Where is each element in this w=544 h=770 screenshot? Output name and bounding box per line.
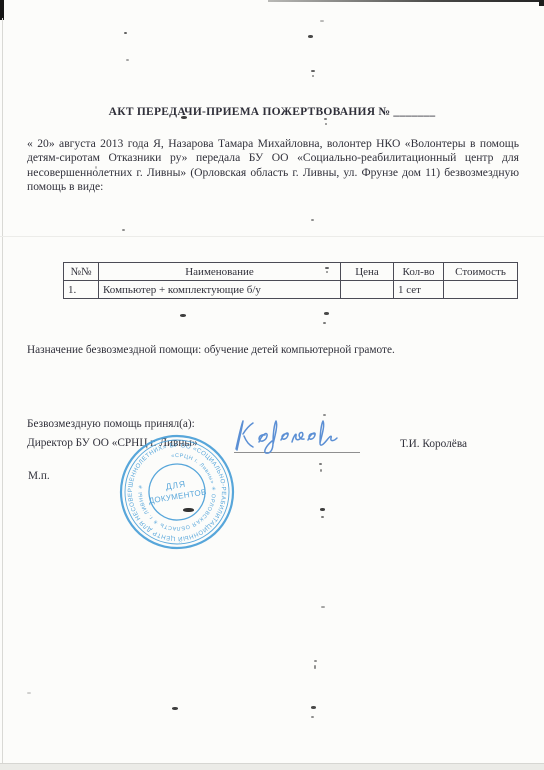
scan-speck [320, 20, 324, 22]
organization-stamp: БУ ОО «СОЦИАЛЬНО-РЕАБИЛИТАЦИОННЫЙ ЦЕНТР … [107, 422, 247, 562]
stamp-center-line2: ДОКУМЕНТОВ [148, 487, 207, 505]
table-cell-cost [444, 281, 518, 299]
scan-edge-left-line [2, 18, 3, 770]
table-row: 1. Компьютер + комплектующие б/у 1 сет [64, 281, 518, 299]
scan-edge-left-mark [0, 0, 4, 20]
table-header-price: Цена [341, 263, 394, 281]
scan-speck [311, 219, 314, 221]
signer-name: Т.И. Королёва [400, 438, 467, 450]
scan-speck [126, 59, 129, 61]
scan-edge-top [268, 0, 544, 2]
scanned-document-page: АКТ ПЕРЕДАЧИ-ПРИЕМА ПОЖЕРТВОВАНИЯ № ____… [0, 0, 544, 770]
scan-speck [311, 70, 315, 72]
scan-speck [320, 508, 325, 511]
scan-speck [325, 123, 327, 125]
scan-speck [27, 692, 31, 694]
table-header-number: №№ [64, 263, 99, 281]
scan-speck [308, 35, 313, 38]
scan-speck [324, 312, 329, 315]
table-cell-quantity: 1 сет [394, 281, 444, 299]
table-cell-number: 1. [64, 281, 99, 299]
scan-speck [172, 707, 178, 710]
scan-speck [321, 516, 324, 518]
items-table: №№ Наименование Цена Кол-во Стоимость 1.… [63, 262, 518, 299]
scan-edge-corner [539, 0, 544, 6]
received-label: Безвозмездную помощь принял(а): [27, 418, 195, 430]
table-cell-price [341, 281, 394, 299]
scan-speck [311, 706, 316, 709]
table-header-quantity: Кол-во [394, 263, 444, 281]
scan-speck [314, 665, 316, 669]
scan-speck [122, 229, 125, 231]
scan-speck [323, 322, 326, 324]
scan-speck [124, 32, 127, 34]
scan-speck [325, 267, 329, 269]
document-title: АКТ ПЕРЕДАЧИ-ПРИЕМА ПОЖЕРТВОВАНИЯ № ____… [0, 106, 544, 118]
scan-speck [320, 469, 322, 472]
document-title-text: АКТ ПЕРЕДАЧИ-ПРИЕМА ПОЖЕРТВОВАНИЯ № [109, 106, 391, 118]
scan-speck [311, 716, 314, 718]
scan-speck [321, 606, 325, 608]
purpose-line: Назначение безвозмездной помощи: обучени… [27, 344, 395, 356]
stamp-place-label: М.п. [28, 470, 50, 482]
scan-speck [324, 118, 327, 120]
scan-speck [314, 660, 317, 662]
table-header-row: №№ Наименование Цена Кол-во Стоимость [64, 263, 518, 281]
table-header-cost: Стоимость [444, 263, 518, 281]
scan-edge-bottom [0, 763, 544, 770]
scan-speck [323, 414, 326, 416]
scan-speck [326, 271, 328, 273]
scan-fold-line [0, 236, 544, 237]
scan-speck [95, 166, 97, 169]
table-cell-name: Компьютер + комплектующие б/у [99, 281, 341, 299]
document-title-number-blank: _______ [393, 106, 435, 118]
scan-speck [312, 75, 314, 77]
scan-speck [180, 314, 186, 317]
scan-speck [181, 116, 187, 119]
scan-speck [319, 463, 322, 465]
scan-speck [183, 508, 194, 512]
handwritten-signature [228, 416, 368, 456]
intro-paragraph: « 20» августа 2013 года Я, Назарова Тама… [27, 137, 519, 195]
stamp-center-line1: ДЛЯ [165, 479, 187, 492]
table-header-name: Наименование [99, 263, 341, 281]
